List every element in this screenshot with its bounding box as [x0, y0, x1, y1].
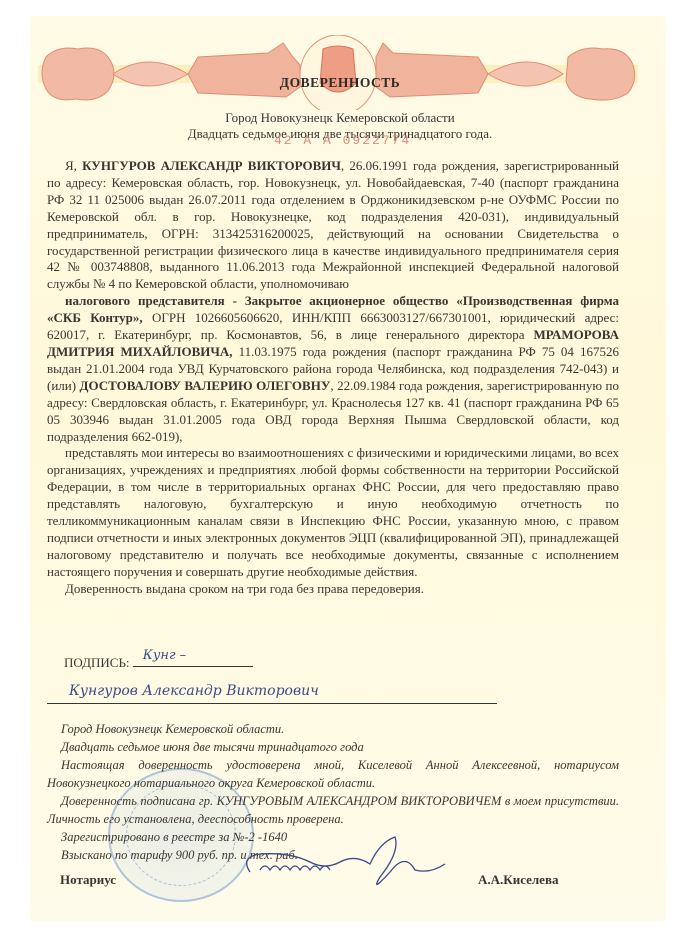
- document-body: Я, КУНГУРОВ АЛЕКСАНДР ВИКТОРОВИЧ, 26.06.…: [47, 158, 619, 598]
- principal-paragraph: Я, КУНГУРОВ АЛЕКСАНДР ВИКТОРОВИЧ, 26.06.…: [47, 158, 619, 293]
- handwritten-signature-mark: Кунг –: [143, 648, 186, 663]
- principal-details: , 26.06.1991 года рождения, зарегистриро…: [47, 158, 619, 291]
- notary-name: А.А.Киселева: [478, 872, 558, 888]
- notary-line-certified: Настоящая доверенность удостоверена мной…: [47, 756, 619, 792]
- second-agent-name: ДОСТОВАЛОВУ ВАЛЕРИЮ ОЛЕГОВНУ: [80, 378, 331, 393]
- notary-handwritten-signature: [230, 832, 450, 902]
- term-paragraph: Доверенность выдана сроком на три года б…: [47, 581, 619, 598]
- signature-row: ПОДПИСЬ: Кунг –: [64, 652, 253, 671]
- handwritten-fullname: Кунгуров Александр Викторович: [47, 678, 497, 704]
- agent-paragraph: налогового представителя - Закрытое акци…: [47, 293, 619, 445]
- signature-line: Кунг –: [133, 652, 253, 667]
- powers-paragraph: представлять мои интересы во взаимоотнош…: [47, 445, 619, 580]
- principal-intro: Я,: [65, 158, 82, 173]
- notary-line-signed: Доверенность подписана гр. КУНГУРОВЫМ АЛ…: [47, 792, 619, 828]
- signature-label: ПОДПИСЬ:: [64, 655, 130, 670]
- document-title: ДОВЕРЕННОСТЬ: [0, 75, 680, 91]
- principal-name: КУНГУРОВ АЛЕКСАНДР ВИКТОРОВИЧ: [82, 158, 341, 173]
- header-city: Город Новокузнецк Кемеровской области: [0, 110, 680, 126]
- form-serial-number: 42 А А 0922774: [274, 133, 411, 148]
- notary-line-date: Двадцать седьмое июня две тысячи тринадц…: [47, 738, 619, 756]
- ornamental-header-band: [38, 35, 638, 110]
- notary-label: Нотариус: [60, 872, 116, 888]
- notary-line-city: Город Новокузнецк Кемеровской области.: [47, 720, 619, 738]
